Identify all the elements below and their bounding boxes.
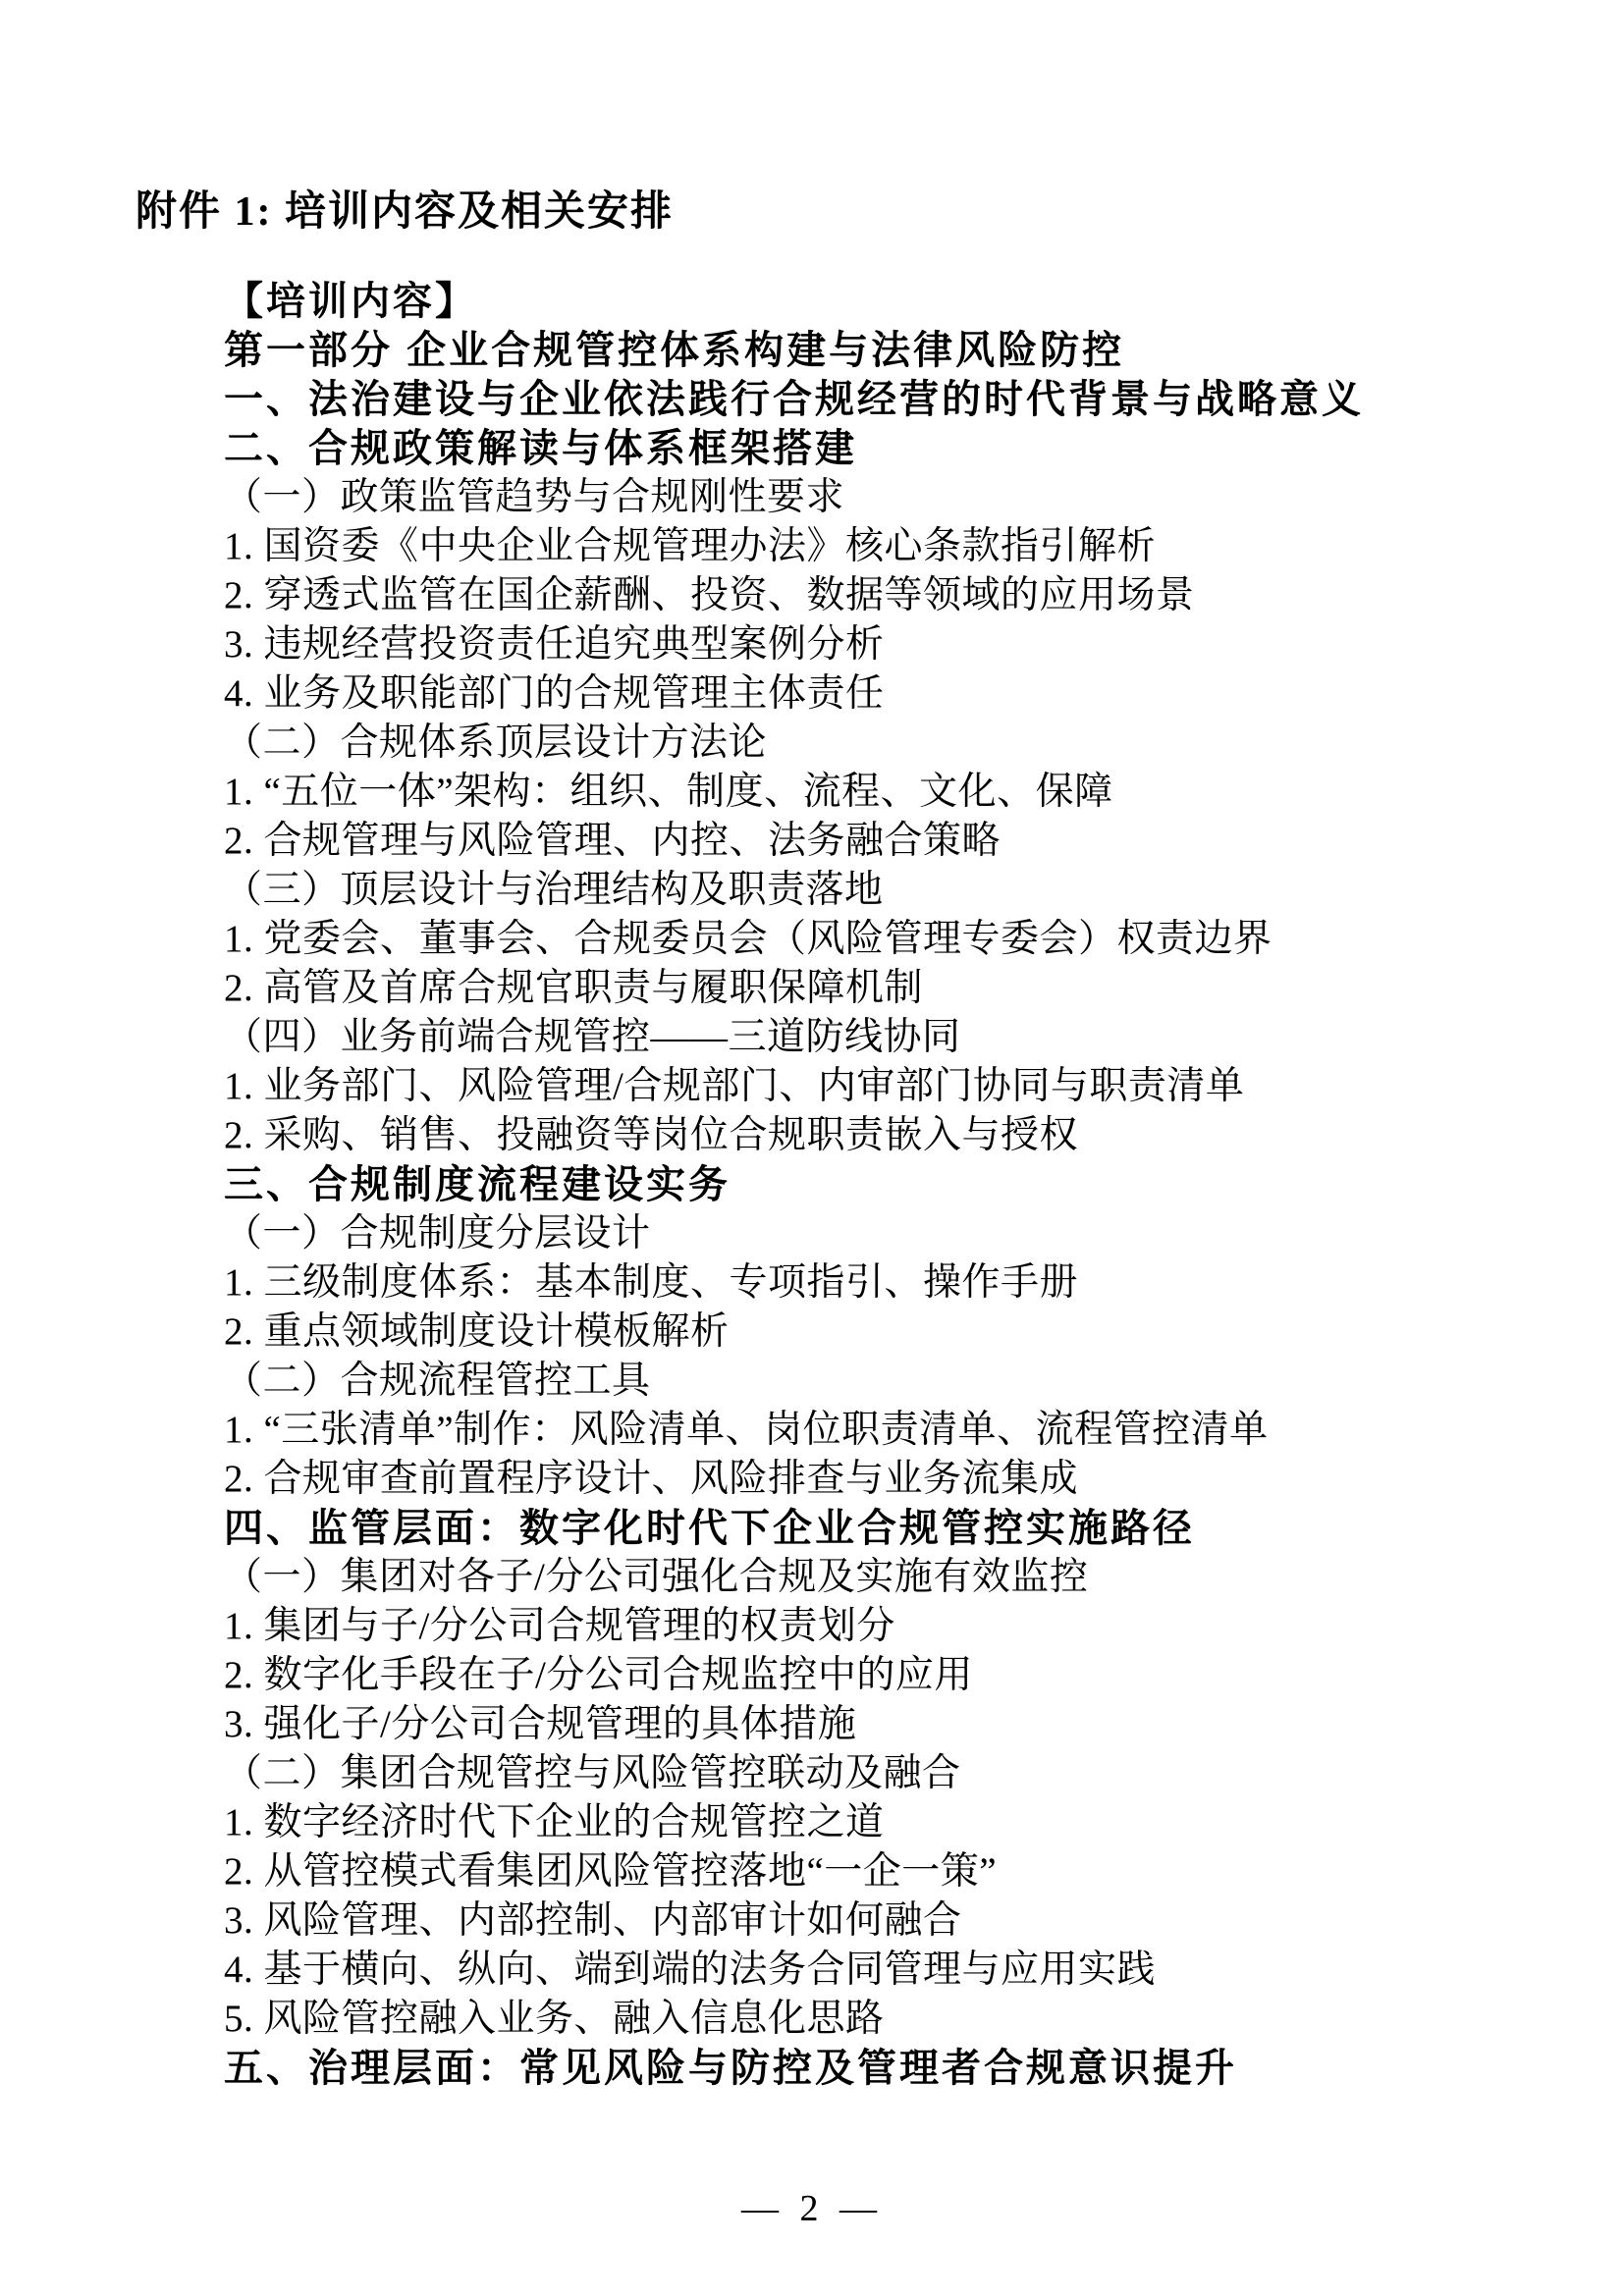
content-line: （二）合规体系顶层设计方法论 — [224, 719, 1565, 768]
content-line: 4. 业务及职能部门的合规管理主体责任 — [224, 669, 1565, 719]
content-line: （四）业务前端合规管控——三道防线协同 — [224, 1013, 1565, 1062]
content-line: 2. 采购、销售、投融资等岗位合规职责嵌入与授权 — [224, 1111, 1565, 1160]
content-line: 2. 合规审查前置程序设计、风险排查与业务流集成 — [224, 1455, 1565, 1504]
content-line: 四、监管层面：数字化时代下企业合规管控实施路径 — [224, 1504, 1565, 1553]
content-line: 3. 风险管理、内部控制、内部审计如何融合 — [224, 1896, 1565, 1946]
content-line: 2. 重点领域制度设计模板解析 — [224, 1308, 1565, 1357]
content-line: 2. 穿透式监管在国企薪酬、投资、数据等领域的应用场景 — [224, 571, 1565, 620]
training-content-list: 【培训内容】第一部分 企业合规管控体系构建与法律风险防控一、法治建设与企业依法践… — [224, 277, 1565, 2093]
content-line: 1. 党委会、董事会、合规委员会（风险管理专委会）权责边界 — [224, 915, 1565, 964]
content-line: 2. 合规管理与风险管理、内控、法务融合策略 — [224, 817, 1565, 866]
page-number: — 2 — — [0, 2187, 1624, 2230]
content-line: 二、合规政策解读与体系框架搭建 — [224, 424, 1565, 473]
content-line: 一、法治建设与企业依法践行合规经营的时代背景与战略意义 — [224, 375, 1565, 424]
content-line: （二）合规流程管控工具 — [224, 1357, 1565, 1406]
content-line: 三、合规制度流程建设实务 — [224, 1160, 1565, 1209]
content-line: 2. 数字化手段在子/分公司合规监控中的应用 — [224, 1651, 1565, 1700]
content-line: 1. “五位一体”架构：组织、制度、流程、文化、保障 — [224, 768, 1565, 817]
content-line: 1. 数字经济时代下企业的合规管控之道 — [224, 1798, 1565, 1847]
content-line: 1. “三张清单”制作：风险清单、岗位职责清单、流程管控清单 — [224, 1406, 1565, 1455]
content-line: 2. 高管及首席合规官职责与履职保障机制 — [224, 964, 1565, 1013]
content-line: （三）顶层设计与治理结构及职责落地 — [224, 866, 1565, 915]
content-line: 2. 从管控模式看集团风险管控落地“一企一策” — [224, 1847, 1565, 1896]
content-line: 4. 基于横向、纵向、端到端的法务合同管理与应用实践 — [224, 1946, 1565, 1995]
content-line: （二）集团合规管控与风险管控联动及融合 — [224, 1749, 1565, 1798]
content-line: 1. 三级制度体系：基本制度、专项指引、操作手册 — [224, 1258, 1565, 1308]
content-line: （一）集团对各子/分公司强化合规及实施有效监控 — [224, 1553, 1565, 1602]
content-line: 五、治理层面：常见风险与防控及管理者合规意识提升 — [224, 2044, 1565, 2093]
content-line: 3. 强化子/分公司合规管理的具体措施 — [224, 1700, 1565, 1749]
content-line: （一）合规制度分层设计 — [224, 1209, 1565, 1258]
content-line: 【培训内容】 — [224, 277, 1565, 326]
content-line: 第一部分 企业合规管控体系构建与法律风险防控 — [224, 326, 1565, 375]
attachment-title: 附件 1: 培训内容及相关安排 — [135, 179, 674, 238]
content-line: 1. 国资委《中央企业合规管理办法》核心条款指引解析 — [224, 522, 1565, 571]
content-line: 3. 违规经营投资责任追究典型案例分析 — [224, 620, 1565, 669]
document-page: 附件 1: 培训内容及相关安排 【培训内容】第一部分 企业合规管控体系构建与法律… — [0, 0, 1624, 2296]
content-line: 5. 风险管控融入业务、融入信息化思路 — [224, 1995, 1565, 2044]
content-line: 1. 集团与子/分公司合规管理的权责划分 — [224, 1602, 1565, 1651]
content-line: 1. 业务部门、风险管理/合规部门、内审部门协同与职责清单 — [224, 1062, 1565, 1111]
content-line: （一）政策监管趋势与合规刚性要求 — [224, 473, 1565, 522]
